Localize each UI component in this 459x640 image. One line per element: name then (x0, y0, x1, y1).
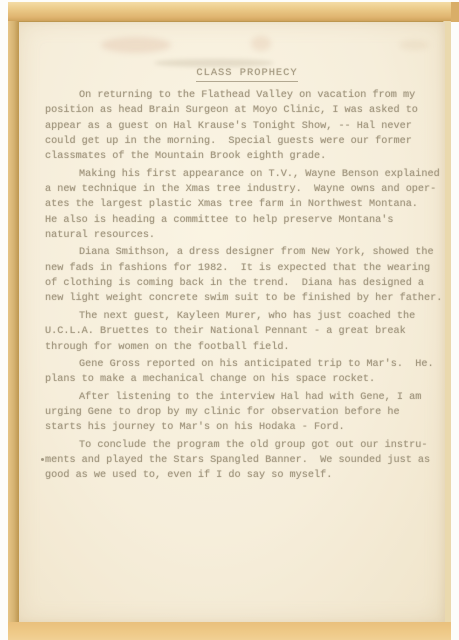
typewritten-sheet: CLASS PROPHECY On returning to the Flath… (19, 22, 445, 622)
album-photo: CLASS PROPHECY On returning to the Flath… (8, 2, 451, 640)
gold-mat-left-strip (8, 21, 19, 622)
paragraph-7: To conclude the program the old group go… (45, 438, 449, 484)
gold-mat-top-band (8, 2, 451, 22)
ghost-text-smudge (154, 59, 274, 67)
page-title-text: CLASS PROPHECY (196, 67, 297, 82)
paragraph-5: Gene Gross reported on his anticipated t… (45, 357, 449, 388)
scanned-document-frame: CLASS PROPHECY On returning to the Flath… (0, 0, 459, 640)
ink-speck (41, 458, 44, 461)
gold-mat-top-right-bleed (451, 2, 459, 22)
paragraph-1: On returning to the Flathead Valley on v… (45, 88, 449, 165)
paragraph-6: After listening to the interview Hal had… (45, 390, 449, 436)
ink-bleed-smudge (399, 40, 429, 50)
paragraph-2: Making his first appearance on T.V., Way… (45, 167, 449, 244)
gold-mat-bottom-band (8, 621, 451, 640)
ink-bleed-smudge (251, 36, 271, 51)
typed-text-block: CLASS PROPHECY On returning to the Flath… (45, 67, 449, 486)
paragraph-4: The next guest, Kayleen Murer, who has j… (45, 309, 449, 355)
paragraph-3: Diana Smithson, a dress designer from Ne… (45, 245, 449, 306)
page-title: CLASS PROPHECY (45, 67, 449, 82)
ink-bleed-smudge (101, 37, 171, 53)
